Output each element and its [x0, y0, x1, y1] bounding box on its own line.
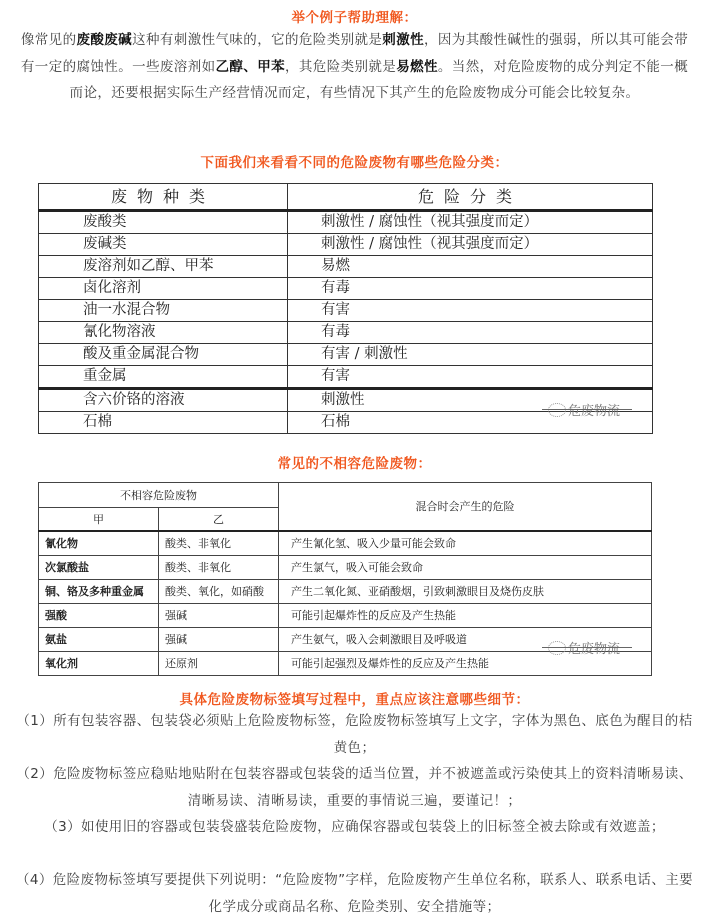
- cell-waste-type: 氰化物溶液: [39, 322, 288, 344]
- label-note-4: （4）危险废物标签填写要提供下列说明：“危险废物”字样，危险废物产生单位名称，联…: [14, 867, 695, 915]
- cell-b: 强碱: [159, 628, 279, 652]
- cell-a: 氰化物: [39, 531, 159, 556]
- table-row: 强酸强碱可能引起爆炸性的反应及产生热能: [39, 604, 652, 628]
- cell-b: 酸类、非氧化: [159, 531, 279, 556]
- cell-hazard-class: 有害: [288, 300, 653, 322]
- cell-hazard-class: 刺激性 / 腐蚀性（视其强度而定）: [288, 234, 653, 256]
- table-row: 废酸类刺激性 / 腐蚀性（视其强度而定）: [39, 211, 653, 234]
- bold-term: 乙醇、甲苯: [216, 59, 286, 75]
- text-run: 像常见的: [21, 32, 77, 48]
- cell-waste-type: 石棉: [39, 412, 288, 434]
- table-header-row: 废物种类 危险分类: [39, 184, 653, 211]
- column-header-mixing-hazard: 混合时会产生的危险: [279, 483, 652, 532]
- column-header-a: 甲: [39, 508, 159, 532]
- text-run: 这种有刺激性气味的，它的危险类别就是: [132, 32, 382, 48]
- cell-b: 强碱: [159, 604, 279, 628]
- table-row: 废溶剂如乙醇、甲苯易燃: [39, 256, 653, 278]
- cell-b: 酸类、氧化，如硝酸: [159, 580, 279, 604]
- incompatible-waste-heading: 常见的不相容危险废物：: [0, 452, 709, 472]
- text-run: ，其危险类别就是: [285, 59, 396, 75]
- watermark: 危废物流: [548, 638, 620, 657]
- watermark: 危废物流: [548, 400, 620, 419]
- cell-hazard: 产生氯气，吸入可能会致命: [279, 556, 652, 580]
- cell-b: 还原剂: [159, 652, 279, 676]
- wechat-icon: [548, 403, 566, 417]
- label-note-1: （1）所有包装容器、包装袋必须贴上危险废物标签，危险废物标签填写上文字，字体为黑…: [14, 708, 695, 761]
- column-header-hazard-class: 危险分类: [288, 184, 653, 211]
- cell-a: 铜、铬及多种重金属: [39, 580, 159, 604]
- hazard-classification-table: 废物种类 危险分类 废酸类刺激性 / 腐蚀性（视其强度而定） 废碱类刺激性 / …: [38, 183, 653, 434]
- table-row: 重金属有害: [39, 366, 653, 389]
- table-row: 氰化物酸类、非氧化产生氰化氢、吸入少量可能会致命: [39, 531, 652, 556]
- group-header-incompatible: 不相容危险废物: [39, 483, 279, 508]
- cell-a: 氨盐: [39, 628, 159, 652]
- cell-hazard-class: 易燃: [288, 256, 653, 278]
- label-note-2: （2）危险废物标签应稳贴地贴附在包装容器或包装袋的适当位置，并不被遮盖或污染使其…: [14, 761, 695, 814]
- table-row: 酸及重金属混合物有害 / 刺激性: [39, 344, 653, 366]
- example-paragraph: 像常见的废酸废碱这种有刺激性气味的，它的危险类别就是刺激性，因为其酸性碱性的强弱…: [14, 27, 695, 107]
- column-header-waste-type: 废物种类: [39, 184, 288, 211]
- cell-hazard-class: 刺激性 / 腐蚀性（视其强度而定）: [288, 211, 653, 234]
- bold-term: 废酸废碱: [76, 32, 132, 48]
- cell-hazard-class: 有毒: [288, 278, 653, 300]
- cell-waste-type: 卤化溶剂: [39, 278, 288, 300]
- watermark-strike-line: [542, 409, 632, 410]
- cell-hazard-class: 有害: [288, 366, 653, 389]
- cell-waste-type: 废碱类: [39, 234, 288, 256]
- wechat-icon: [548, 641, 566, 655]
- cell-waste-type: 含六价铬的溶液: [39, 389, 288, 412]
- bold-term: 刺激性: [382, 32, 424, 48]
- table-row: 废碱类刺激性 / 腐蚀性（视其强度而定）: [39, 234, 653, 256]
- table-header-row: 不相容危险废物 混合时会产生的危险: [39, 483, 652, 508]
- cell-hazard: 产生二氧化氮、亚硝酸烟，引致刺激眼目及烧伤皮肤: [279, 580, 652, 604]
- cell-hazard-class: 有毒: [288, 322, 653, 344]
- cell-waste-type: 重金属: [39, 366, 288, 389]
- column-header-b: 乙: [159, 508, 279, 532]
- table-row: 铜、铬及多种重金属酸类、氧化，如硝酸产生二氧化氮、亚硝酸烟，引致刺激眼目及烧伤皮…: [39, 580, 652, 604]
- cell-hazard-class: 有害 / 刺激性: [288, 344, 653, 366]
- table-row: 氰化物溶液有毒: [39, 322, 653, 344]
- bold-term: 易燃性: [396, 59, 438, 75]
- cell-a: 次氯酸盐: [39, 556, 159, 580]
- table-row: 油一水混合物有害: [39, 300, 653, 322]
- watermark-text: 危废物流: [568, 404, 620, 419]
- watermark-text: 危废物流: [568, 642, 620, 657]
- cell-a: 氧化剂: [39, 652, 159, 676]
- cell-waste-type: 油一水混合物: [39, 300, 288, 322]
- cell-b: 酸类、非氧化: [159, 556, 279, 580]
- table-row: 次氯酸盐酸类、非氧化产生氯气，吸入可能会致命: [39, 556, 652, 580]
- cell-hazard: 可能引起爆炸性的反应及产生热能: [279, 604, 652, 628]
- example-heading: 举个例子帮助理解：: [0, 6, 709, 26]
- cell-waste-type: 废溶剂如乙醇、甲苯: [39, 256, 288, 278]
- cell-waste-type: 废酸类: [39, 211, 288, 234]
- label-note-3: （3）如使用旧的容器或包装袋盛装危险废物，应确保容器或包装袋上的旧标签全被去除或…: [14, 814, 695, 841]
- cell-a: 强酸: [39, 604, 159, 628]
- label-details-heading: 具体危险废物标签填写过程中，重点应该注意哪些细节：: [0, 688, 709, 708]
- table-row: 卤化溶剂有毒: [39, 278, 653, 300]
- hazard-classification-heading: 下面我们来看看不同的危险废物有哪些危险分类：: [0, 151, 709, 171]
- cell-waste-type: 酸及重金属混合物: [39, 344, 288, 366]
- cell-hazard: 产生氰化氢、吸入少量可能会致命: [279, 531, 652, 556]
- watermark-strike-line: [542, 647, 632, 648]
